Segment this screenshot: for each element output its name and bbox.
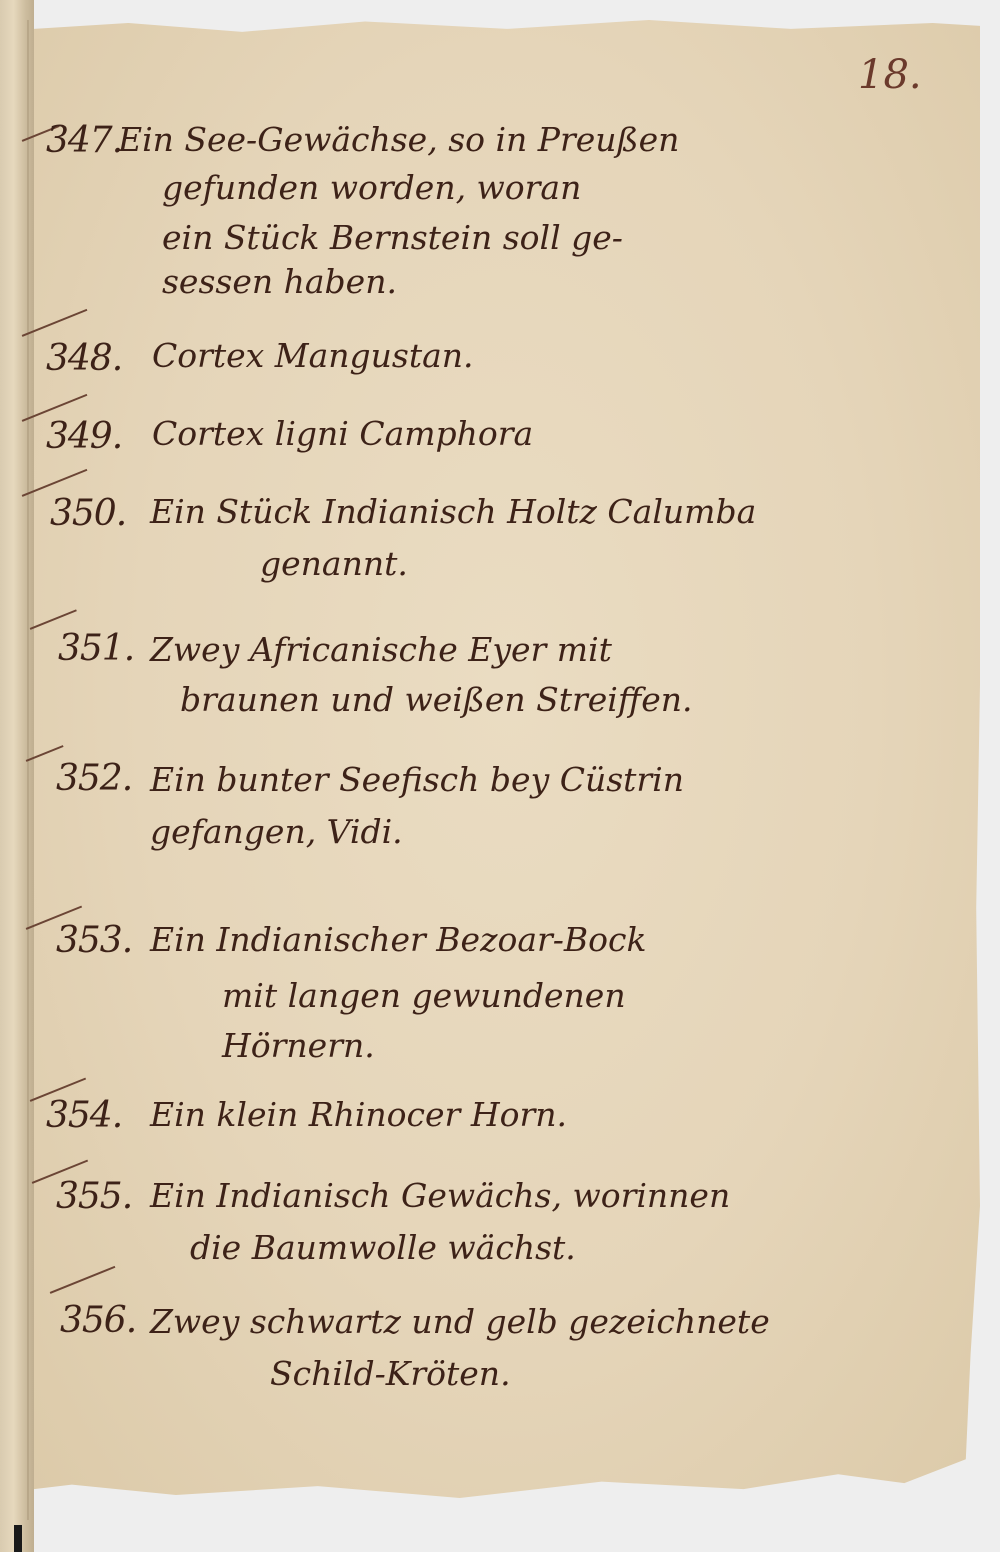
page-number: 18. (858, 52, 922, 98)
entry-text: mit langen gewundenen (222, 976, 626, 1015)
entry-number: 349. (46, 416, 122, 457)
entry-text: Ein Indianischer Bezoar-Bock (150, 920, 647, 959)
entry-text: Hörnern. (222, 1026, 375, 1065)
entry-text: ein Stück Bernstein soll ge- (162, 218, 623, 257)
entry-text: Ein Stück Indianisch Holtz Calumba (150, 492, 756, 531)
entry-number: 353. (56, 920, 132, 961)
entry-text: sessen haben. (162, 262, 397, 301)
entry-text: Cortex Mangustan. (152, 336, 474, 375)
entry-number: 354. (46, 1095, 122, 1136)
entry-text: die Baumwolle wächst. (190, 1228, 576, 1267)
entry-text: braunen und weißen Streiffen. (180, 680, 693, 719)
entry-text: Ein Indianisch Gewächs, worinnen (150, 1176, 730, 1215)
entry-number: 347. (46, 120, 122, 161)
entry-text: Schild-Kröten. (270, 1354, 511, 1393)
entry-text: Ein klein Rhinocer Horn. (150, 1095, 567, 1134)
binding-edge (14, 1525, 22, 1552)
entry-text: gefangen, Vidi. (150, 812, 403, 851)
entry-number: 351. (58, 628, 134, 669)
gutter-fold (27, 20, 29, 1520)
entry-number: 352. (56, 758, 132, 799)
entry-text: Ein See-Gewächse, so in Preußen (118, 120, 679, 159)
entry-number: 355. (56, 1176, 132, 1217)
entry-text: Ein bunter Seefisch bey Cüstrin (150, 760, 684, 799)
entry-text: Zwey schwartz und gelb gezeichnete (150, 1302, 770, 1341)
entry-number: 348. (46, 338, 122, 379)
entry-text: Zwey Africanische Eyer mit (150, 630, 612, 669)
entry-number: 356. (60, 1300, 136, 1341)
entry-number: 350. (50, 493, 126, 534)
entry-text: Cortex ligni Camphora (152, 414, 533, 453)
entry-text: genannt. (260, 544, 408, 583)
entry-text: gefunden worden, woran (162, 168, 581, 207)
